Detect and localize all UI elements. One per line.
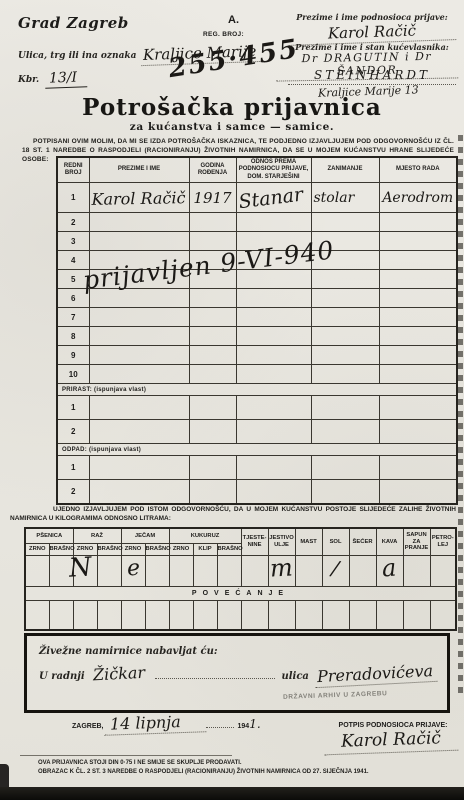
prirast-label: PRIRAST: (ispunjava vlast) <box>57 384 457 396</box>
cell-empty <box>379 396 457 420</box>
cell-empty <box>89 213 189 232</box>
cell-workplace-handwriting: Aerodrom <box>379 183 457 213</box>
cell-nema-m: m <box>268 556 295 587</box>
col-jestivo-ulje: JESTIVO ULJE <box>268 528 295 556</box>
cell-empty <box>97 601 121 631</box>
row-number: 9 <box>57 346 89 365</box>
city-title: Grad Zagreb <box>18 14 129 32</box>
cell-empty <box>145 556 169 587</box>
cell-nema-n: N <box>73 556 97 587</box>
cell-empty <box>189 308 236 327</box>
cell-empty <box>311 456 379 480</box>
supplies-empty-row <box>25 601 456 631</box>
cell-empty <box>189 365 236 384</box>
sub-klip: KLIP <box>193 544 217 556</box>
household-row-8: 8 <box>57 327 457 346</box>
cell-empty <box>97 556 121 587</box>
shop-name-handwriting: Žičkar <box>90 662 149 685</box>
row-number: 2 <box>57 480 89 504</box>
col-godina: GODINA ROĐENJA <box>189 157 236 183</box>
signature-handwriting: Karol Račič <box>324 728 459 756</box>
prirast-row-1: 1 <box>57 396 457 420</box>
cell-empty <box>311 308 379 327</box>
kbr-label: Kbr. <box>18 75 39 85</box>
scanned-form-page: Grad Zagreb Ulica, trg ili ina oznaka Kr… <box>0 0 464 800</box>
cell-empty <box>189 396 236 420</box>
form-title: Potrošačka prijavnica <box>30 94 434 121</box>
cell-empty <box>311 420 379 444</box>
cell-empty <box>89 396 189 420</box>
cell-empty <box>169 556 193 587</box>
row-number: 1 <box>57 396 89 420</box>
cell-empty <box>49 601 73 631</box>
cell-empty <box>311 365 379 384</box>
cell-empty <box>403 601 430 631</box>
place-label: ZAGREB, <box>72 723 104 730</box>
odpad-row-1: 1 <box>57 456 457 480</box>
cell-empty <box>311 289 379 308</box>
household-row-10: 10 <box>57 365 457 384</box>
date-handwriting: 14 lipnja <box>103 711 206 736</box>
footer-notes: OVA PRIJAVNICA STOJI DIN 0·75 I NE SMIJE… <box>38 759 446 778</box>
handwriting-letter: e <box>126 562 140 576</box>
cell-empty <box>217 601 241 631</box>
col-zanimanje: ZANIMANJE <box>311 157 379 183</box>
sub-brasno: BRAŠNO <box>217 544 241 556</box>
cell-empty <box>379 213 457 232</box>
cell-empty <box>89 456 189 480</box>
cell-empty <box>89 308 189 327</box>
archive-stamp: DRŽAVNI ARHIV U ZAGREBU <box>283 690 388 701</box>
cell-empty <box>236 327 311 346</box>
sub-brasno: BRAŠNO <box>145 544 169 556</box>
cell-empty <box>349 601 376 631</box>
cell-empty <box>430 556 456 587</box>
cell-empty <box>25 556 49 587</box>
cell-empty <box>189 480 236 504</box>
section-letter: A. <box>228 14 239 26</box>
odpad-label-row: ODPAD: (ispunjava vlast) <box>57 444 457 456</box>
supplies-statement: UJEDNO IZJAVLJUJEM POD ISTOM ODGOVORNOŠĆ… <box>10 505 456 524</box>
cell-empty <box>379 251 457 270</box>
cell-empty <box>89 346 189 365</box>
sub-brasno: BRAŠNO <box>97 544 121 556</box>
col-mjesto-rada: MJESTO RADA <box>379 157 457 183</box>
year-handwriting: 1. <box>249 717 260 731</box>
reg-broj-label: REG. BROJ: <box>203 31 244 38</box>
cell-empty <box>295 601 322 631</box>
odpad-label: ODPAD: (ispunjava vlast) <box>57 444 457 456</box>
cell-empty <box>189 327 236 346</box>
cell-nema-e: e <box>121 556 145 587</box>
cell-empty <box>379 327 457 346</box>
prirast-row-2: 2 <box>57 420 457 444</box>
cell-empty <box>89 365 189 384</box>
cell-empty <box>349 556 376 587</box>
cell-year-handwriting: 1917 <box>189 183 236 213</box>
cell-empty <box>241 556 268 587</box>
sub-zrno: ZRNO <box>169 544 193 556</box>
household-row-2: 2 <box>57 213 457 232</box>
row-number: 1 <box>57 183 89 213</box>
cell-empty <box>379 232 457 251</box>
cell-occupation-handwriting: stolar <box>311 183 379 213</box>
supplies-data-row: N e m / a <box>25 556 456 587</box>
cell-nema-a: a <box>376 556 403 587</box>
row-number: 2 <box>57 213 89 232</box>
cell-empty <box>311 346 379 365</box>
cell-empty <box>189 346 236 365</box>
row-number: 7 <box>57 308 89 327</box>
cell-empty <box>236 456 311 480</box>
footer-note-1: OVA PRIJAVNICA STOJI DIN 0·75 I NE SMIJE… <box>38 759 446 768</box>
col-sapun: SAPUN ZA PRANJE <box>403 528 430 556</box>
kbr-value-handwriting: 13/I <box>45 69 88 88</box>
col-petrolej: PETRO-LEJ <box>430 528 456 556</box>
cell-empty <box>379 346 457 365</box>
cell-empty <box>73 601 97 631</box>
household-header-row: REDNI BROJ PREZIME I IME GODINA ROĐENJA … <box>57 157 457 183</box>
row-number: 10 <box>57 365 89 384</box>
row-number: 8 <box>57 327 89 346</box>
cell-empty <box>379 289 457 308</box>
sub-zrno: ZRNO <box>25 544 49 556</box>
cell-empty <box>376 601 403 631</box>
cell-empty <box>236 396 311 420</box>
cell-empty <box>89 327 189 346</box>
cell-empty <box>311 213 379 232</box>
scan-edge-right <box>458 135 463 695</box>
col-raz: RAŽ <box>73 528 121 544</box>
cell-empty <box>311 270 379 289</box>
cell-empty <box>311 396 379 420</box>
cell-empty <box>379 456 457 480</box>
povecanje-row: POVEĆANJE <box>25 587 456 601</box>
cell-empty <box>236 365 311 384</box>
household-row-6: 6 <box>57 289 457 308</box>
cell-empty <box>145 601 169 631</box>
cell-relation-handwriting: Stanar <box>234 178 312 217</box>
cell-empty <box>379 270 457 289</box>
cell-empty <box>236 289 311 308</box>
cell-empty <box>189 456 236 480</box>
col-mast: MAST <box>295 528 322 556</box>
shop-section-box: Živežne namirnice nabavljat ću: U radnji… <box>24 633 450 713</box>
shop-heading: Živežne namirnice nabavljat ću: <box>39 646 218 657</box>
cell-empty <box>236 420 311 444</box>
handwriting-letter: N <box>68 560 92 577</box>
col-kukuruz: KUKURUZ <box>169 528 241 544</box>
form-subtitle: za kućanstva i samce — samice. <box>30 121 434 133</box>
dotted-rule <box>155 668 276 679</box>
cell-empty <box>379 365 457 384</box>
povecanje-label: POVEĆANJE <box>25 587 456 601</box>
cell-name-handwriting: Karol Račič <box>89 182 190 214</box>
row-number: 1 <box>57 456 89 480</box>
house-number-field: Kbr. 13/I <box>18 70 87 88</box>
col-tjestenine: TJESTE-NINE <box>241 528 268 556</box>
cell-nema-slash: / <box>322 556 349 587</box>
street-label: Ulica, trg ili ina oznaka <box>18 51 136 61</box>
cell-empty <box>241 601 268 631</box>
cell-empty <box>311 480 379 504</box>
cell-empty <box>236 480 311 504</box>
col-psenica: PŠENICA <box>25 528 73 544</box>
cell-empty <box>379 480 457 504</box>
ulica-label: ulica <box>281 671 308 682</box>
cell-empty <box>189 420 236 444</box>
household-row-9: 9 <box>57 346 457 365</box>
cell-empty <box>169 601 193 631</box>
prirast-label-row: PRIRAST: (ispunjava vlast) <box>57 384 457 396</box>
col-sol: SOL <box>322 528 349 556</box>
handwriting-letter: m <box>270 560 293 576</box>
supplies-group-header-row: PŠENICA RAŽ JEČAM KUKURUZ TJESTE-NINE JE… <box>25 528 456 544</box>
supplies-table: PŠENICA RAŽ JEČAM KUKURUZ TJESTE-NINE JE… <box>24 527 457 631</box>
date-line: ZAGREB, 14 lipnja 194 1. <box>72 713 322 734</box>
cell-empty <box>121 601 145 631</box>
household-table: REDNI BROJ PREZIME I IME GODINA ROĐENJA … <box>56 156 458 505</box>
cell-empty <box>236 308 311 327</box>
year-printed: 194 <box>238 723 250 730</box>
cell-empty <box>89 232 189 251</box>
cell-empty <box>379 308 457 327</box>
odpad-row-2: 2 <box>57 480 457 504</box>
cell-empty <box>268 601 295 631</box>
footer-divider <box>20 755 232 756</box>
household-row-1: 1 Karol Račič 1917 Stanar stolar Aerodro… <box>57 183 457 213</box>
shop-line: U radnji Žičkar ulica Preradovićeva <box>39 664 437 685</box>
row-number: 3 <box>57 232 89 251</box>
cell-empty <box>89 480 189 504</box>
cell-empty <box>379 420 457 444</box>
sub-zrno: ZRNO <box>121 544 145 556</box>
cell-empty <box>217 556 241 587</box>
col-redni-broj: REDNI BROJ <box>57 157 89 183</box>
shop-street-handwriting: Preradovićeva <box>314 661 437 688</box>
col-jecam: JEČAM <box>121 528 169 544</box>
cell-empty <box>193 556 217 587</box>
handwriting-letter: / <box>331 562 339 575</box>
cell-empty <box>189 213 236 232</box>
cell-empty <box>403 556 430 587</box>
cell-empty <box>193 601 217 631</box>
landlord-name-line2-handwriting: STEINHARDT <box>288 68 456 85</box>
col-secer: ŠEĆER <box>349 528 376 556</box>
cell-empty <box>311 327 379 346</box>
cell-empty <box>25 601 49 631</box>
col-kava: KAVA <box>376 528 403 556</box>
col-prezime-ime: PREZIME I IME <box>89 157 189 183</box>
cell-empty <box>89 420 189 444</box>
cell-empty <box>236 346 311 365</box>
cell-empty <box>430 601 456 631</box>
cell-empty <box>189 289 236 308</box>
cell-empty <box>295 556 322 587</box>
footer-note-2: OBRAZAC K ČL. 2 ST. 3 NAREDBE O RASPODJE… <box>38 768 446 777</box>
scan-bar-bottom <box>0 787 464 800</box>
dotted-rule <box>206 716 234 728</box>
handwriting-letter: a <box>382 561 397 576</box>
cell-empty <box>322 601 349 631</box>
radnji-label: U radnji <box>39 671 85 682</box>
row-number: 2 <box>57 420 89 444</box>
household-row-7: 7 <box>57 308 457 327</box>
